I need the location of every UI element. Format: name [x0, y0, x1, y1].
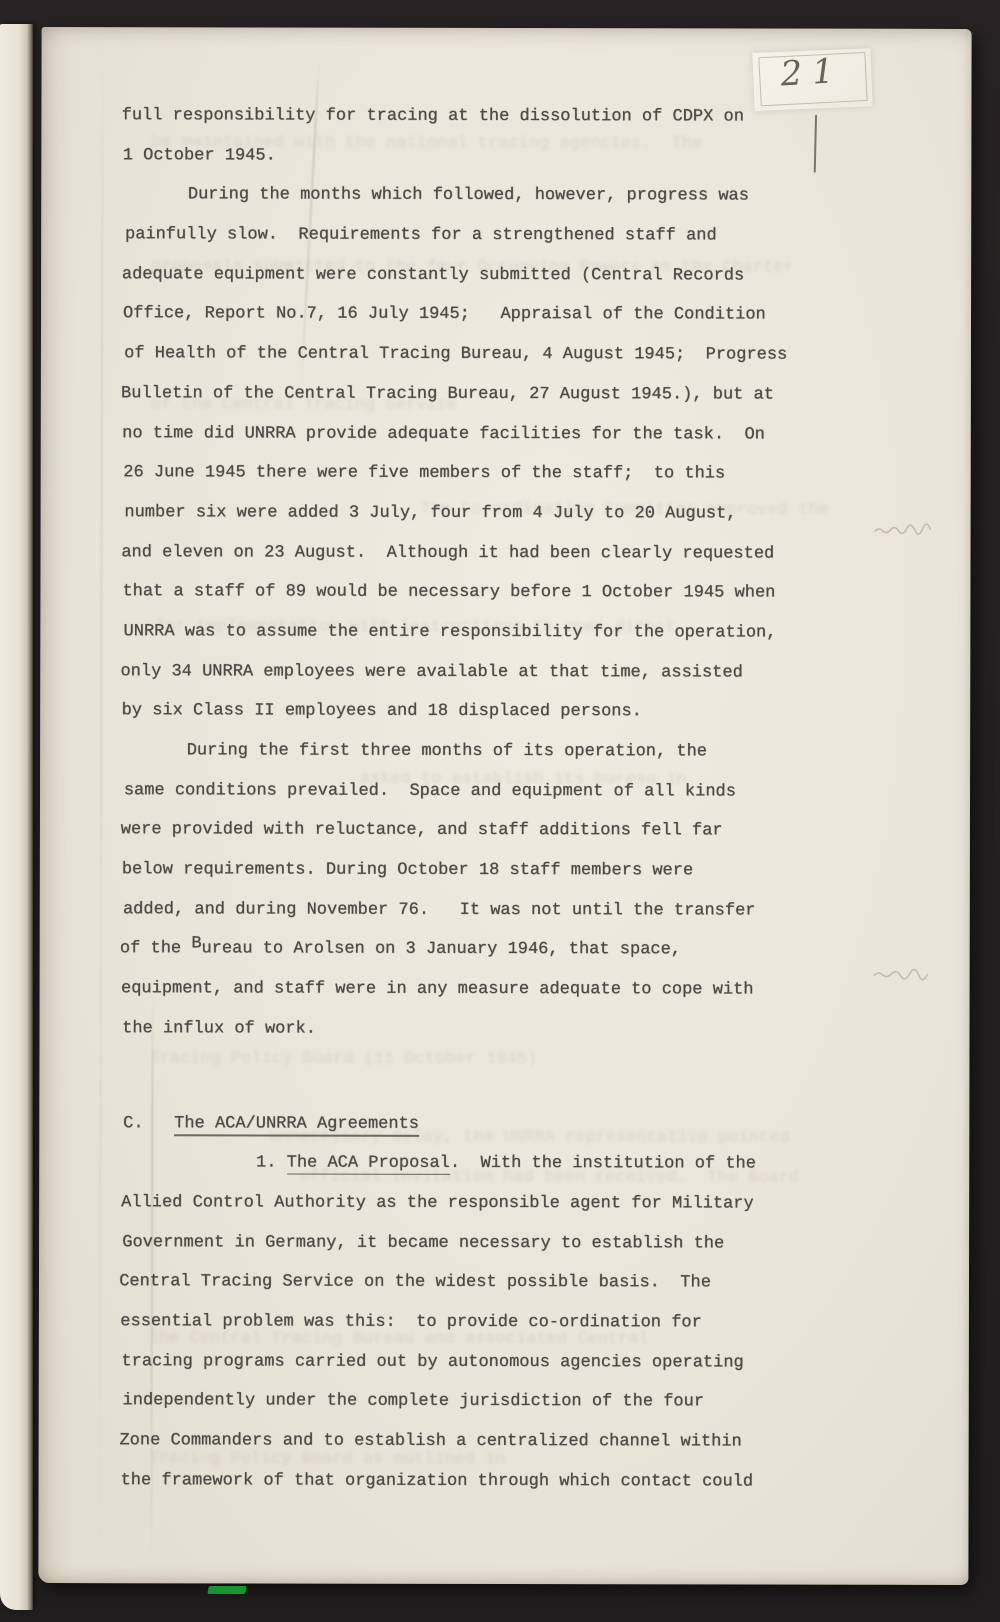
page-crease	[98, 27, 103, 1583]
line-text: of Health of the Central Tracing Bureau,…	[124, 344, 787, 364]
text-line: adequate equipment were constantly submi…	[122, 255, 902, 296]
line-text: C.	[123, 1114, 174, 1133]
line-text: Government in Germany, it became necessa…	[122, 1233, 724, 1253]
line-text: and eleven on 23 August. Although it had…	[121, 543, 774, 563]
line-text: 26 June 1945 there were five members of …	[123, 463, 725, 483]
typewritten-text: full responsibility for tracing at the d…	[121, 96, 904, 1502]
text-line: 1 October 1945.	[123, 136, 903, 177]
line-text: . With the institution of the	[450, 1154, 756, 1174]
line-text: only 34 UNRRA employees were available a…	[120, 662, 742, 682]
line-text: painfully slow. Requirements for a stren…	[125, 225, 717, 245]
line-text: During the first three months of its ope…	[187, 741, 707, 761]
text-line: the framework of that organization throu…	[121, 1461, 901, 1502]
line-text: Zone Commanders and to establish a centr…	[119, 1431, 741, 1451]
line-text: same conditions prevailed. Space and equ…	[124, 781, 736, 801]
text-line: painfully slow. Requirements for a stren…	[125, 215, 905, 256]
line-text: were provided with reluctance, and staff…	[121, 821, 723, 841]
line-text: tracing programs carried out by autonomo…	[121, 1352, 743, 1372]
pencil-scribble	[872, 967, 930, 983]
line-text: the influx of work.	[122, 1019, 316, 1038]
line-text: the framework of that organization throu…	[121, 1471, 754, 1491]
text-line: essential problem was this: to provide c…	[120, 1302, 900, 1343]
text-line: that a staff of 89 would be necessary be…	[122, 572, 902, 613]
line-text: by six Class II employees and 18 displac…	[122, 702, 642, 722]
text-line: tracing programs carried out by autonomo…	[121, 1342, 901, 1383]
text-line: the influx of work.	[122, 1009, 902, 1050]
text-line: 1. The ACA Proposal. With the institutio…	[120, 1143, 900, 1184]
text-line: of the Bureau to Arolsen on 3 January 19…	[120, 930, 900, 971]
line-text: B	[191, 935, 201, 954]
underlined-text: The ACA/UNRRA Agreements	[174, 1114, 419, 1137]
line-text: that a staff of 89 would be necessary be…	[122, 582, 775, 602]
text-line: were provided with reluctance, and staff…	[121, 811, 901, 852]
line-text: below requirements. During October 18 st…	[122, 860, 693, 880]
text-line: and eleven on 23 August. Although it had…	[121, 533, 901, 574]
text-line: During the first three months of its ope…	[123, 731, 903, 772]
text-line: During the months which followed, howeve…	[124, 176, 904, 217]
page-number-value: 21	[752, 49, 872, 96]
pencil-scribble	[873, 521, 933, 539]
line-text: no time did UNRRA provide adequate facil…	[122, 424, 765, 444]
text-line: C. The ACA/UNRRA Agreements	[123, 1104, 903, 1145]
text-line: UNRRA was to assume the entire responsib…	[124, 612, 904, 653]
line-text: 1 October 1945.	[123, 146, 276, 165]
line-text: equipment, and staff were in any measure…	[121, 979, 754, 999]
text-line: below requirements. During October 18 st…	[122, 850, 902, 891]
underlined-text: The ACA Proposal	[287, 1154, 450, 1175]
line-text: Central Tracing Service on the widest po…	[119, 1272, 711, 1292]
page-stack-edge	[0, 24, 33, 1610]
text-line: no time did UNRRA provide adequate facil…	[122, 414, 902, 455]
document-page: be maintained with the national tracing …	[38, 27, 971, 1585]
line-text: ureau to Arolsen on 3 January 1946, that…	[202, 940, 682, 960]
text-line: Bulletin of the Central Tracing Bureau, …	[121, 374, 901, 415]
line-text: During the months which followed, howeve…	[188, 186, 749, 206]
text-line: full responsibility for tracing at the d…	[122, 96, 902, 137]
line-text: added, and during November 76. It was no…	[123, 900, 756, 920]
text-line: independently under the complete jurisdi…	[123, 1382, 903, 1423]
line-text: 1.	[256, 1154, 287, 1173]
line-text: Bulletin of the Central Tracing Bureau, …	[121, 384, 774, 404]
text-line: Allied Control Authority as the responsi…	[121, 1183, 901, 1224]
line-text: UNRRA was to assume the entire responsib…	[124, 622, 777, 642]
line-text: independently under the complete jurisdi…	[123, 1392, 705, 1412]
text-line: only 34 UNRRA employees were available a…	[120, 652, 900, 693]
line-text: number six were added 3 July, four from …	[124, 503, 736, 523]
text-line: by six Class II employees and 18 displac…	[122, 692, 902, 733]
text-line: Government in Germany, it became necessa…	[122, 1223, 902, 1264]
line-text: Office, Report No.7, 16 July 1945; Appra…	[123, 305, 766, 325]
line-text: Allied Control Authority as the responsi…	[121, 1193, 754, 1213]
text-line: added, and during November 76. It was no…	[123, 890, 903, 931]
text-line: same conditions prevailed. Space and equ…	[124, 771, 904, 812]
text-line: equipment, and staff were in any measure…	[121, 969, 901, 1010]
text-line: of Health of the Central Tracing Bureau,…	[124, 334, 904, 375]
line-text: full responsibility for tracing at the d…	[122, 106, 744, 126]
text-line: Zone Commanders and to establish a centr…	[119, 1421, 899, 1462]
line-text: adequate equipment were constantly submi…	[122, 265, 744, 285]
text-line: Office, Report No.7, 16 July 1945; Appra…	[123, 295, 903, 336]
text-line: Central Tracing Service on the widest po…	[119, 1262, 899, 1303]
text-line: 26 June 1945 there were five members of …	[123, 453, 903, 494]
line-text: essential problem was this: to provide c…	[120, 1312, 702, 1332]
text-line: number six were added 3 July, four from …	[124, 493, 904, 534]
line-text: of the	[120, 940, 191, 959]
green-sticker-mark	[207, 1586, 247, 1594]
